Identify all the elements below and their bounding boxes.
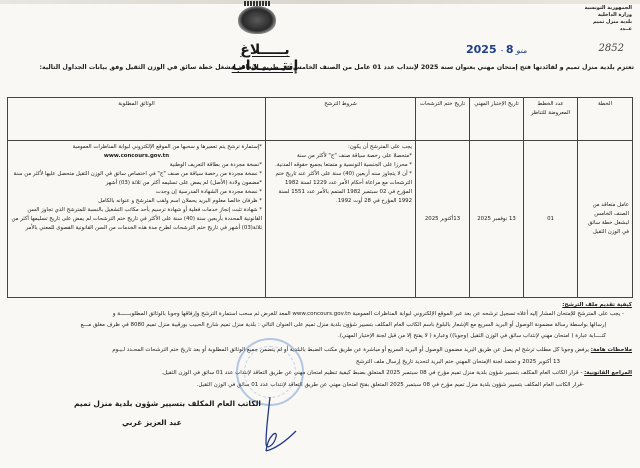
municipality-logo-icon xyxy=(238,6,276,34)
document-item: *إستمارة ترشح يتم تعميرها و سحبها من الم… xyxy=(11,143,262,152)
cell-count: 01 xyxy=(524,141,578,298)
header-exam-date: تاريخ الإختبار المهني xyxy=(470,98,524,141)
date-day: 8 xyxy=(506,43,514,56)
ministry-label: وزارة الداخلية xyxy=(552,12,632,19)
document-date: 2025 - منو 8 xyxy=(466,43,527,56)
legal-section: المراجع القانونية: - قرار الكاتب العام ا… xyxy=(8,368,632,378)
document-item: *مضمون ولادة (الأصل) لم يمض على تسليمه أ… xyxy=(11,179,262,188)
notes-label: ملاحظات هامة: xyxy=(591,347,632,353)
table-header-row: الخطة عدد الخطط المعروضة للتناظر تاريخ ا… xyxy=(8,98,633,141)
cell-documents: *إستمارة ترشح يتم تعميرها و سحبها من الم… xyxy=(8,141,266,298)
recruitment-table: الخطة عدد الخطط المعروضة للتناظر تاريخ ا… xyxy=(7,97,633,298)
header-documents: الوثائق المطلوبة xyxy=(8,98,266,141)
document-item: * ظرفان خالصا معلوم البريد يحملان اسم ول… xyxy=(11,197,262,206)
letterhead: الجمهورية التونسية وزارة الداخلية بلدية … xyxy=(552,5,632,33)
header-deadline: تاريخ ختم الترشحات xyxy=(416,98,470,141)
condition-item: * محرزا على الجنسية التونسية و متمتعا بج… xyxy=(269,161,412,170)
document-item: *نسخة مجردة من بطاقة التعريف الوطنية xyxy=(11,161,262,170)
scan-edge xyxy=(0,0,640,4)
header-count: عدد الخطط المعروضة للتناظر xyxy=(524,98,578,141)
condition-item: *متحصلا على رخصة سياقة صنف "ج" لأكثر من … xyxy=(269,152,412,161)
document-item: * نسخة مجردة من رخصة سياقة من صنف "ج" في… xyxy=(11,170,262,179)
notes-section: ملاحظات هامة: يرفض وجوبا كل مطلب ترشح لم… xyxy=(8,345,632,355)
signatory-name: عبد العزيز غربي xyxy=(122,418,182,427)
header-position: الخطة xyxy=(578,98,633,141)
condition-item: * أن لا يتجاوز سنه أربعين (40) سنة على ا… xyxy=(269,170,412,206)
condition-item: يجب على المترشح أن يكون: xyxy=(269,143,412,152)
document-item: * شهادة تثبت إنجاز خدمات فعلية أو شهادة … xyxy=(11,206,262,233)
cell-deadline: 13أكتوبر 2025 xyxy=(416,141,470,298)
notes-text: يرفض وجوبا كل مطلب ترشح لم يصل عن طريق ا… xyxy=(112,347,589,353)
submission-line: إرسالها بواسطة رسالة مضمونة الوصول أو ال… xyxy=(8,320,606,330)
cell-position: عامل متعاقد من الصنف الخامس لبشغل خطة سا… xyxy=(578,141,633,298)
republic-label: الجمهورية التونسية xyxy=(552,5,632,12)
legal-text: - قرار الكاتب العام المكلف بتسيير شؤون ب… xyxy=(161,370,582,376)
intro-paragraph: تعتزم بلدية منزل تميم و لفائدتها فتح إمت… xyxy=(6,64,634,71)
table-row: عامل متعاقد من الصنف الخامس لبشغل خطة سا… xyxy=(8,141,633,298)
header-conditions: شروط الترشح xyxy=(266,98,416,141)
concours-url-link[interactable]: www.concours.gov.tn xyxy=(11,152,262,161)
document-item: * نسخة مجردة من الشهادة المدرسية إن وجدت xyxy=(11,188,262,197)
submission-line: كتــــابة عبارة ( امتحان مهني لإنتداب سا… xyxy=(8,331,606,341)
cell-exam-date: 13 نوفمبر 2025 xyxy=(470,141,524,298)
municipality-label: بلدية منزل تميم xyxy=(552,19,632,26)
signatory-title: الكاتب العام المكلف بتسيير شؤون بلدية من… xyxy=(74,399,261,408)
date-year: 2025 xyxy=(466,43,497,56)
reference-number: 2852 xyxy=(599,43,624,54)
ref-label: عــدد xyxy=(552,26,632,33)
legal-label: المراجع القانونية: xyxy=(584,370,632,376)
cell-conditions: يجب على المترشح أن يكون: *متحصلا على رخص… xyxy=(266,141,416,298)
document-page: الجمهورية التونسية وزارة الداخلية بلدية … xyxy=(0,0,640,468)
submission-line: - يجب على المترشح للإمتحان المشار إليه أ… xyxy=(8,309,624,319)
date-month: - منو xyxy=(500,46,526,55)
